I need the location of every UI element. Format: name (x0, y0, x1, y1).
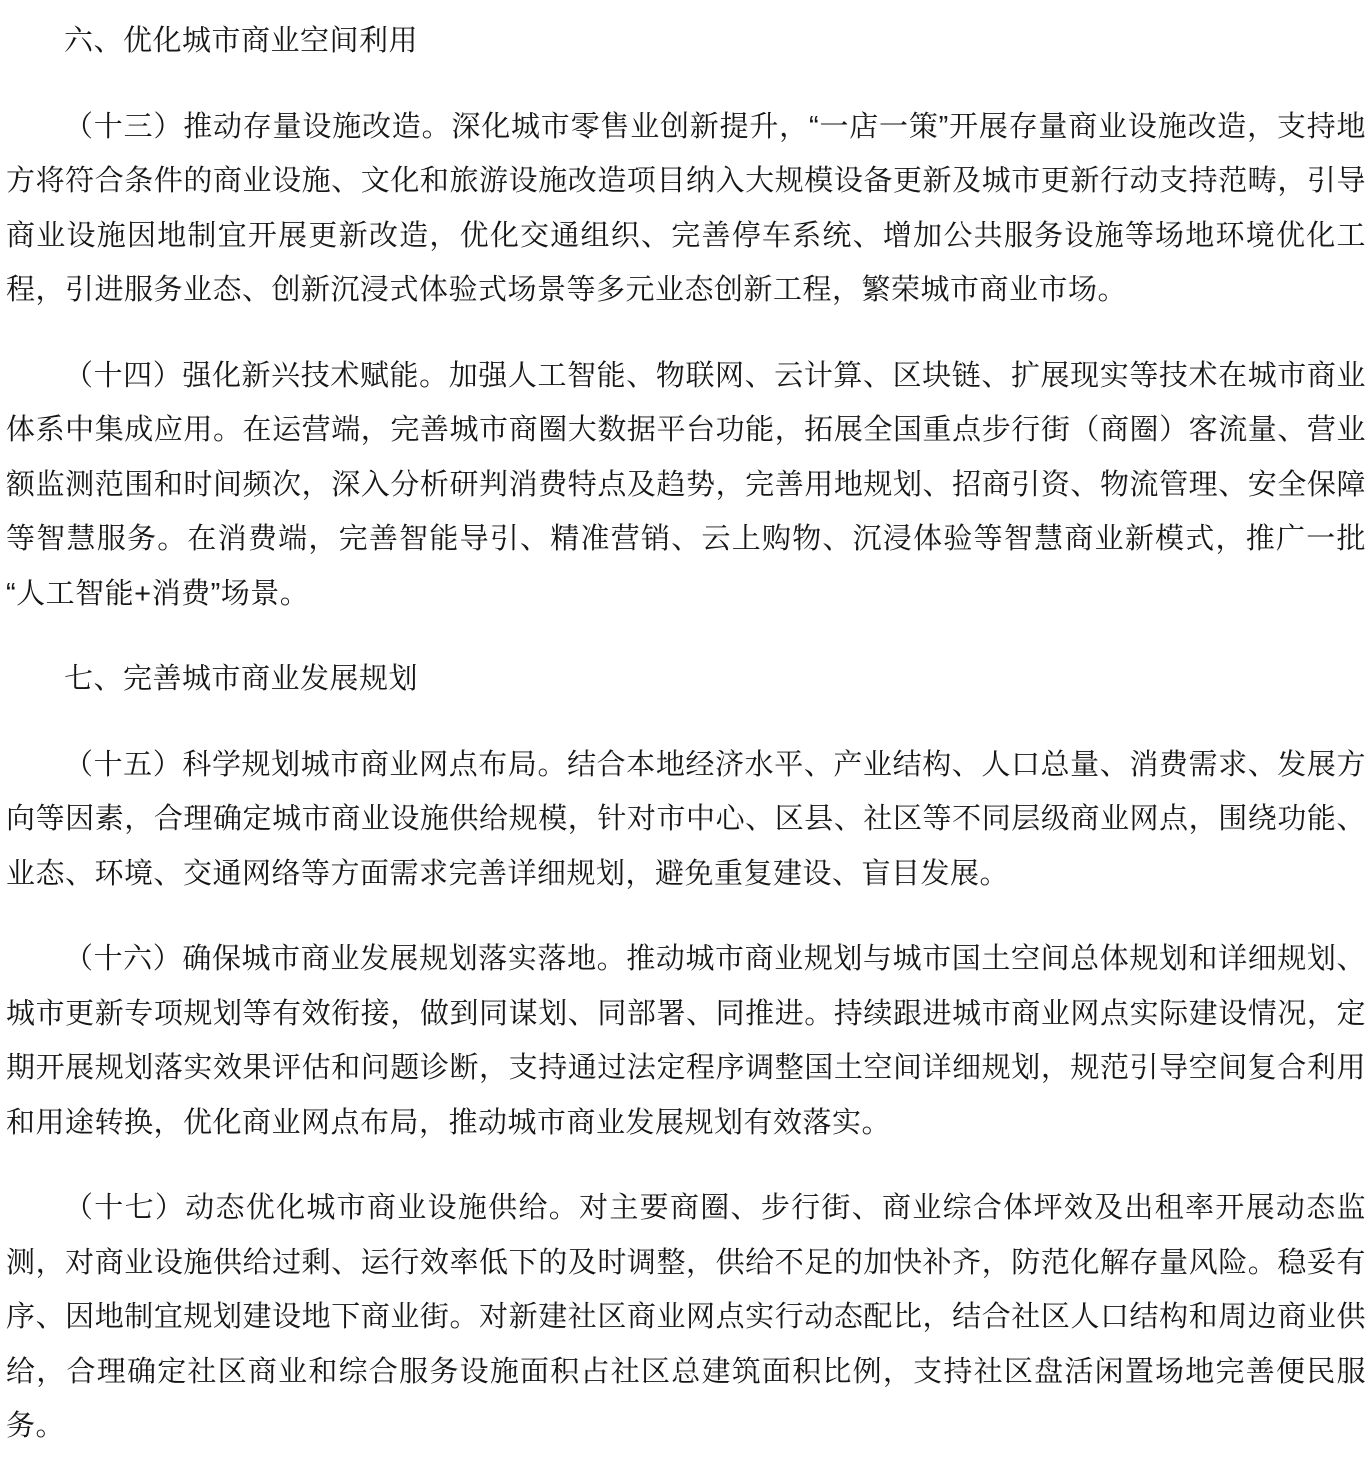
paragraph-15: （十五）科学规划城市商业网点布局。结合本地经济水平、产业结构、人口总量、消费需求… (6, 738, 1366, 902)
section-heading-7: 七、完善城市商业发展规划 (6, 652, 1366, 707)
paragraph-14: （十四）强化新兴技术赋能。加强人工智能、物联网、云计算、区块链、扩展现实等技术在… (6, 349, 1366, 622)
paragraph-17: （十七）动态优化城市商业设施供给。对主要商圈、步行街、商业综合体坪效及出租率开展… (6, 1181, 1366, 1454)
document-page: 六、优化城市商业空间利用 （十三）推动存量设施改造。深化城市零售业创新提升，“一… (0, 0, 1372, 1460)
section-heading-6: 六、优化城市商业空间利用 (6, 14, 1366, 69)
paragraph-13: （十三）推动存量设施改造。深化城市零售业创新提升，“一店一策”开展存量商业设施改… (6, 100, 1366, 318)
paragraph-16: （十六）确保城市商业发展规划落实落地。推动城市商业规划与城市国土空间总体规划和详… (6, 932, 1366, 1150)
